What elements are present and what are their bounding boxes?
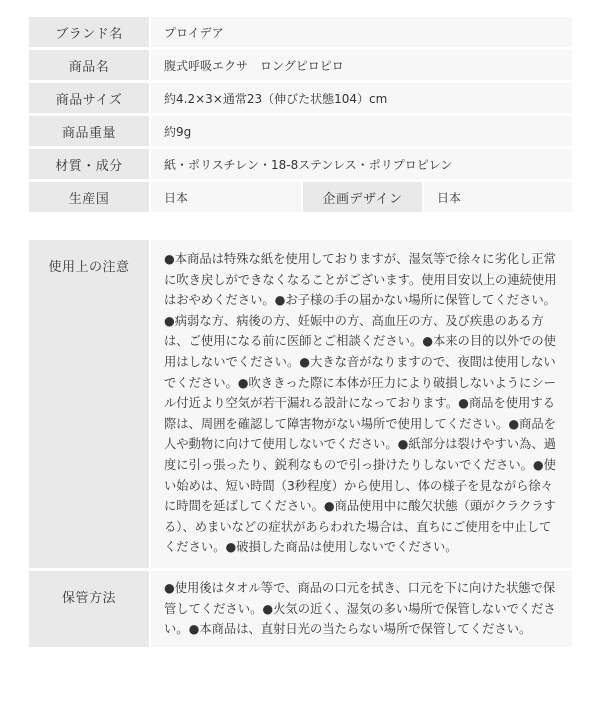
product-spec-table: ブランド名 プロイデア 商品名 腹式呼吸エクサ ロングピロピロ 商品サイズ 約4… (29, 17, 572, 212)
spec-label-size: 商品サイズ (29, 83, 149, 113)
spec-value-origin: 日本 (151, 182, 301, 212)
spec-value-weight: 約9g (151, 116, 572, 146)
spec-row-material: 材質・成分 紙・ポリスチレン・18-8ステンレス・ポリプロピレン (29, 149, 572, 179)
spec-label-product-name: 商品名 (29, 50, 149, 80)
spec-row-brand: ブランド名 プロイデア (29, 17, 572, 47)
notes-table: 使用上の注意 ●本商品は特殊な紙を使用しておりますが、湿気等で徐々に劣化し正常に… (29, 240, 572, 650)
spec-label-weight: 商品重量 (29, 116, 149, 146)
notes-label-caution: 使用上の注意 (29, 240, 149, 568)
spec-label-brand: ブランド名 (29, 17, 149, 47)
spec-value-product-name: 腹式呼吸エクサ ロングピロピロ (151, 50, 572, 80)
spec-label-origin: 生産国 (29, 182, 149, 212)
spec-label-material: 材質・成分 (29, 149, 149, 179)
spec-value-material: 紙・ポリスチレン・18-8ステンレス・ポリプロピレン (151, 149, 572, 179)
spec-value-design: 日本 (424, 182, 572, 212)
spec-row-size: 商品サイズ 約4.2×3×通常23（伸びた状態104）cm (29, 83, 572, 113)
spec-value-size: 約4.2×3×通常23（伸びた状態104）cm (151, 83, 572, 113)
spec-value-brand: プロイデア (151, 17, 572, 47)
notes-text-storage: ●使用後はタオル等で、商品の口元を拭き、口元を下に向けた状態で保管してください。… (151, 571, 572, 647)
spec-row-product-name: 商品名 腹式呼吸エクサ ロングピロピロ (29, 50, 572, 80)
spec-label-design: 企画デザイン (303, 182, 422, 212)
notes-row-storage: 保管方法 ●使用後はタオル等で、商品の口元を拭き、口元を下に向けた状態で保管して… (29, 571, 572, 647)
spec-row-weight: 商品重量 約9g (29, 116, 572, 146)
spec-row-origin: 生産国 日本 企画デザイン 日本 (29, 182, 572, 212)
notes-label-storage: 保管方法 (29, 571, 149, 647)
notes-text-caution: ●本商品は特殊な紙を使用しておりますが、湿気等で徐々に劣化し正常に吹き戻しができ… (151, 240, 572, 568)
notes-row-caution: 使用上の注意 ●本商品は特殊な紙を使用しておりますが、湿気等で徐々に劣化し正常に… (29, 240, 572, 568)
